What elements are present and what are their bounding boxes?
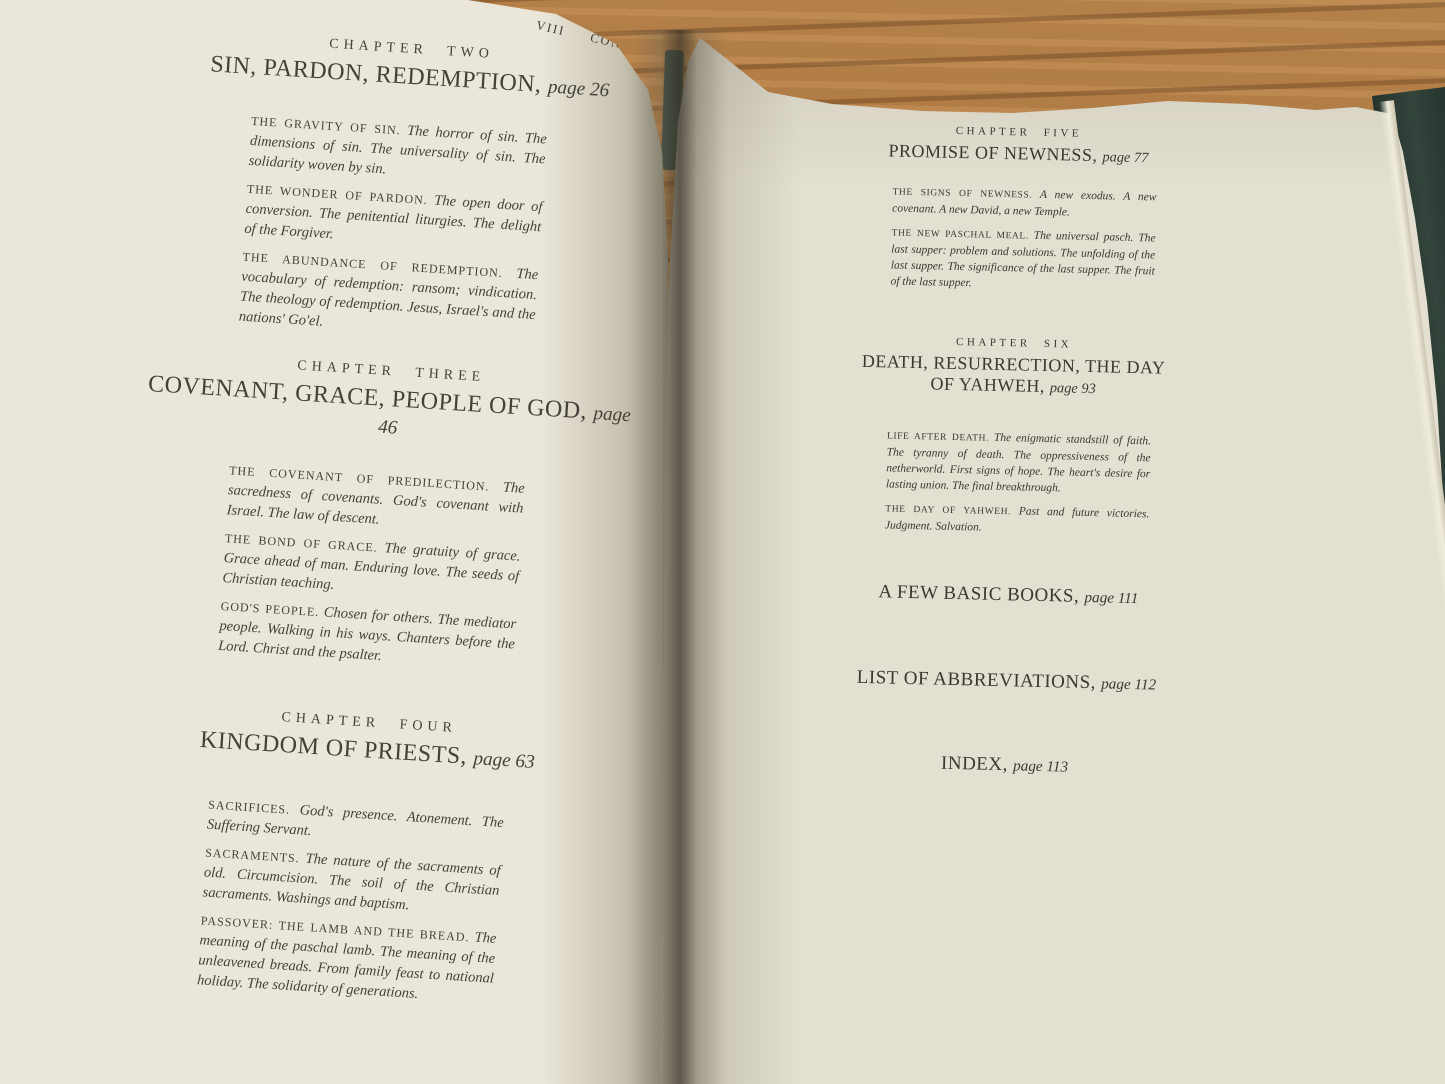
toc-entry: THE ABUNDANCE OF REDEMPTION. The vocabul…	[238, 247, 538, 345]
entry-lead: THE DAY OF YAHWEH.	[885, 504, 1011, 517]
book-photo: CONTENTS IX CHAPTER FIVE PROMISE OF NEWN…	[0, 0, 1445, 1084]
book-gutter-shadow	[632, 30, 728, 1084]
page-ref: page 112	[1101, 675, 1156, 693]
toc-entry: THE COVENANT OF PREDILECTION. The sacred…	[226, 460, 525, 538]
back-matter-index: INDEX, page 113	[724, 748, 1284, 783]
entry-lead: LIFE AFTER DEATH.	[887, 431, 989, 443]
entry-lead: THE NEW PASCHAL MEAL.	[891, 228, 1028, 241]
page-ref: page 63	[473, 748, 535, 773]
toc-entry: THE NEW PASCHAL MEAL. The universal pasc…	[890, 224, 1155, 295]
chapter-five-label: CHAPTER FIVE	[739, 120, 1299, 145]
toc-entry: THE WONDER OF PARDON. The open door of c…	[244, 179, 543, 257]
toc-entry: SACRIFICES. God's presence. Atonement. T…	[206, 795, 504, 854]
entry-lead: THE SIGNS OF NEWNESS.	[892, 187, 1032, 200]
toc-entry: THE BOND OF GRACE. The gratuity of grace…	[222, 528, 521, 606]
entry-lead: GOD'S PEOPLE.	[220, 599, 319, 619]
left-page-text: CHAPTER TWO SIN, PARDON, REDEMPTION, pag…	[100, 26, 664, 1016]
title-text: DEATH, RESURRECTION, THE DAY OF YAHWEH,	[862, 351, 1166, 396]
toc-entry: THE DAY OF YAHWEH. Past and future victo…	[885, 500, 1150, 539]
toc-entry: THE SIGNS OF NEWNESS. A new exodus. A ne…	[892, 183, 1157, 222]
page-ref: page 77	[1102, 149, 1148, 166]
toc-entry: GOD'S PEOPLE. Chosen for others. The med…	[218, 596, 517, 674]
right-page-text: CONTENTS IX CHAPTER FIVE PROMISE OF NEWN…	[724, 82, 1299, 783]
folio-ix: IX	[902, 86, 919, 98]
chapter-six-title: DEATH, RESURRECTION, THE DAY OF YAHWEH, …	[848, 351, 1179, 400]
entry-lead: SACRAMENTS.	[205, 845, 300, 865]
page-ref: page 111	[1084, 589, 1138, 607]
back-title: A FEW BASIC BOOKS,	[878, 581, 1079, 607]
toc-entry: THE GRAVITY OF SIN. The horror of sin. T…	[248, 111, 547, 189]
running-head-right: CONTENTS IX	[792, 83, 1300, 107]
toc-entry: PASSOVER: THE LAMB AND THE BREAD. The me…	[197, 910, 497, 1008]
back-matter-basic-books: A FEW BASIC BOOKS, page 111	[728, 578, 1288, 613]
page-ref: page 26	[547, 77, 609, 102]
running-head-title: CONTENTS	[792, 83, 872, 97]
title-text: PROMISE OF NEWNESS,	[888, 140, 1097, 165]
page-ref: page 113	[1013, 757, 1068, 775]
back-title: INDEX,	[941, 753, 1008, 776]
toc-entry: SACRAMENTS. The nature of the sacraments…	[202, 842, 501, 920]
back-matter-abbreviations: LIST OF ABBREVIATIONS, page 112	[726, 664, 1286, 699]
entry-lead: SACRIFICES.	[208, 798, 291, 817]
toc-entry: LIFE AFTER DEATH. The enigmatic standsti…	[886, 427, 1151, 498]
back-title: LIST OF ABBREVIATIONS,	[857, 667, 1097, 693]
chapter-six-label: CHAPTER SIX	[734, 331, 1294, 356]
page-ref: page 93	[1050, 380, 1096, 397]
chapter-five-title: PROMISE OF NEWNESS, page 77	[853, 140, 1183, 168]
